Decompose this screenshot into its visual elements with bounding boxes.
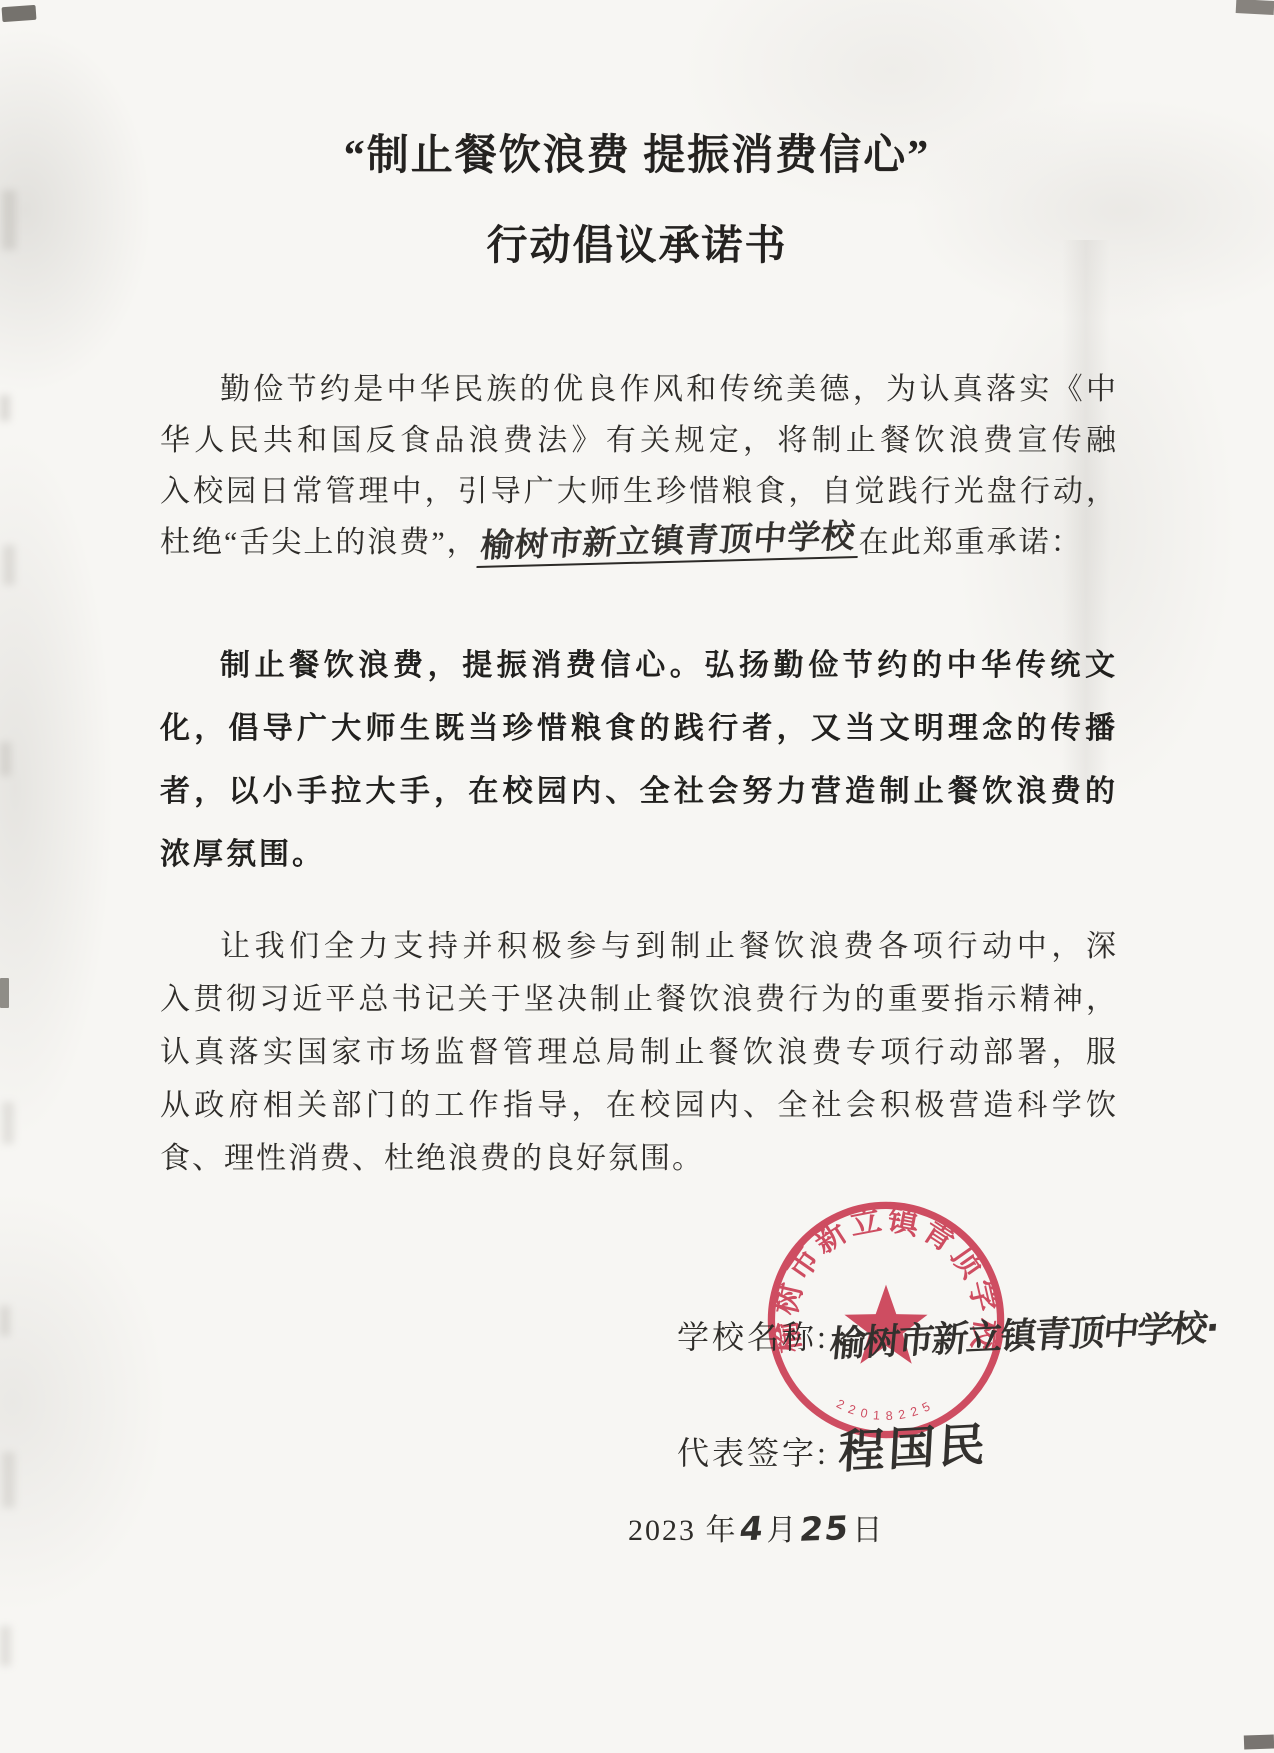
text-line: 勤俭节约是中华民族的优良作风和传统美德，为认真落实《中	[160, 364, 1118, 415]
scan-smudge	[2, 1102, 14, 1144]
date-line: 2023 年 4 月 25 日	[628, 1505, 884, 1549]
text-line: 浓厚氛围。	[160, 823, 1118, 886]
text-line: 制止餐饮浪费，提振消费信心。弘扬勤俭节约的中华传统文	[160, 634, 1118, 697]
text-line: 化，倡导广大师生既当珍惜粮食的践行者，又当文明理念的传播	[160, 697, 1118, 760]
date-day-label: 日	[852, 1505, 884, 1549]
document-title-line1: “制止餐饮浪费 提振消费信心”	[0, 122, 1274, 182]
scan-artifact-left-edge-mark	[0, 978, 9, 1008]
date-month-label: 月	[766, 1505, 798, 1549]
scan-smudge	[0, 395, 10, 421]
paragraph-pledge-bold: 制止餐饮浪费，提振消费信心。弘扬勤俭节约的中华传统文 化，倡导广大师生既当珍惜粮…	[160, 634, 1118, 886]
signature-field: 代表签字: 程国民	[677, 1412, 989, 1478]
signature-label: 代表签字:	[677, 1428, 829, 1474]
school-name-field: 学校名称: 榆树市新立镇青顶中学校·	[677, 1308, 1217, 1359]
scanned-document-page: “制止餐饮浪费 提振消费信心” 行动倡议承诺书 勤俭节约是中华民族的优良作风和传…	[0, 0, 1274, 1753]
text-line: 认真落实国家市场监督管理总局制止餐饮浪费专项行动部署，服	[160, 1026, 1118, 1079]
text-line: 者，以小手拉大手，在校园内、全社会努力营造制止餐饮浪费的	[160, 760, 1118, 823]
paragraph-opening: 勤俭节约是中华民族的优良作风和传统美德，为认真落实《中 华人民共和国反食品浪费法…	[160, 364, 1118, 568]
paragraph-closing: 让我们全力支持并积极参与到制止餐饮浪费各项行动中，深 入贯彻习近平总书记关于坚决…	[160, 920, 1118, 1185]
scan-artifact-corner-top-right	[1236, 0, 1274, 15]
handwritten-day-number: 25	[798, 1508, 853, 1549]
text-line: 食、理性消费、杜绝浪费的良好氛围。	[160, 1132, 1118, 1185]
text-line: 华人民共和国反食品浪费法》有关规定，将制止餐饮浪费宣传融	[160, 415, 1118, 466]
handwritten-school-name-inline: 榆树市新立镇青顶中学校	[476, 516, 861, 568]
handwritten-month-number: 4	[737, 1509, 767, 1549]
text-line-with-handwriting: 杜绝“舌尖上的浪费”， 榆树市新立镇青顶中学校 在此郑重承诺：	[160, 517, 1118, 568]
scan-artifact-corner-bottom-right	[1244, 1734, 1274, 1749]
text-line: 从政府相关部门的工作指导，在校园内、全社会积极营造科学饮	[160, 1079, 1118, 1132]
scan-smudge	[2, 1452, 15, 1508]
text-line: 入校园日常管理中，引导广大师生珍惜粮食，自觉践行光盘行动，	[160, 466, 1118, 517]
text-line: 让我们全力支持并积极参与到制止餐饮浪费各项行动中，深	[160, 920, 1118, 973]
handwritten-signature: 程国民	[837, 1408, 991, 1482]
school-name-label: 学校名称:	[677, 1312, 829, 1358]
scan-smudge	[0, 1306, 10, 1336]
line4-printed-prefix: 杜绝“舌尖上的浪费”，	[160, 517, 479, 568]
date-year: 2023 年	[628, 1505, 738, 1549]
scan-artifact-corner-top-left	[2, 5, 37, 22]
text-line: 入贯彻习近平总书记关于坚决制止餐饮浪费行为的重要指示精神，	[160, 973, 1118, 1026]
scan-smudge	[3, 545, 15, 585]
document-title-line2: 行动倡议承诺书	[0, 212, 1274, 271]
scan-smudge	[0, 1626, 11, 1666]
line4-printed-suffix: 在此郑重承诺：	[859, 517, 1083, 568]
handwritten-school-name: 榆树市新立镇青顶中学校·	[827, 1300, 1220, 1368]
scan-smudge	[0, 742, 11, 776]
